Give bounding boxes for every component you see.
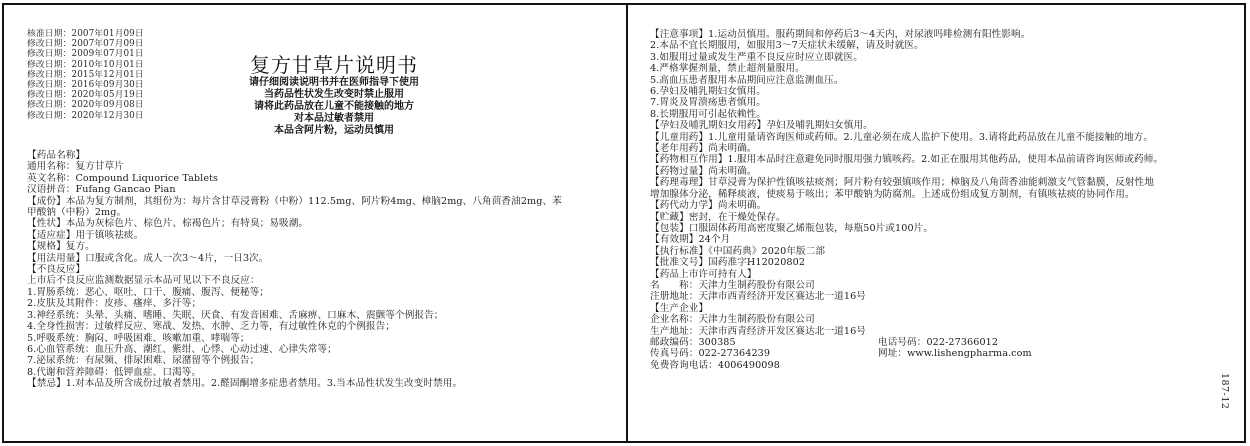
- date-value: 2015年12月01日: [72, 70, 144, 80]
- hotline-label: 免费咨询电话：: [650, 360, 718, 371]
- leaflet-frame: 核准日期：2007年01月09日 修改日期：2007年07月09日 修改日期：2…: [2, 3, 1246, 443]
- section-heading-drug-name: 【药品名称】: [27, 150, 562, 161]
- phone: 022-27366012: [926, 337, 998, 348]
- date-value: 2020年05月19日: [72, 90, 144, 100]
- warning-line: 本品含阿片粉，运动员慎用: [204, 125, 464, 137]
- fax: 022-27364239: [698, 348, 770, 359]
- date-label: 修改日期：: [27, 80, 72, 90]
- manufacturer-name-row: 企业名称：天津力生制药股份有限公司: [650, 314, 1163, 325]
- phone-cell: 电话号码：022-27366012: [878, 337, 998, 348]
- date-value: 2009年07月01日: [72, 49, 144, 59]
- title-block: 复方甘草片说明书 请仔细阅读说明书并在医师指导下使用 当药品性状发生改变时禁止服…: [204, 53, 464, 137]
- postcode: 300385: [698, 337, 735, 348]
- section-heading-license-holder: 【药品上市许可持有人】: [650, 269, 1163, 280]
- generic-name: 通用名称：复方甘草片: [27, 161, 562, 172]
- date-row: 修改日期：2007年07月09日: [27, 39, 144, 49]
- date-value: 2010年10月01日: [72, 60, 144, 70]
- document-title: 复方甘草片说明书: [204, 53, 464, 77]
- pharmacokinetics: 【药代动力学】尚未明确。: [650, 200, 1163, 211]
- right-body-text: 【注意事项】1.运动员慎用。服药期间和停药后3～4天内，对尿液吗啡检测有阳性影响…: [650, 29, 1163, 371]
- date-label: 修改日期：: [27, 100, 72, 110]
- contact-row: 传真号码：022-27364239 网址：www.lishengpharma.c…: [650, 348, 1050, 359]
- composition-cont: 甲酸钠（中粉）2mg。: [27, 207, 562, 218]
- date-row: 修改日期：2009年07月01日: [27, 49, 144, 59]
- holder-address-label: 注册地址：: [650, 291, 698, 302]
- date-label: 修改日期：: [27, 90, 72, 100]
- website-label: 网址：: [878, 348, 907, 359]
- holder-name: 天津力生制药股份有限公司: [698, 280, 814, 291]
- adverse-item: 6.心血管系统：血压升高、潮红、紫绀、心悸、心动过速、心律失常等；: [27, 344, 562, 355]
- hotline-row: 免费咨询电话：4006490098: [650, 360, 1163, 371]
- date-row: 修改日期：2020年09月08日: [27, 100, 144, 110]
- precaution-item: 6.孕妇及哺乳期妇女慎用。: [650, 86, 1163, 97]
- date-row: 修改日期：2016年09月30日: [27, 80, 144, 90]
- postcode-label: 邮政编码：: [650, 337, 698, 348]
- precaution-item: 4.严格掌握剂量，禁止超剂量服用。: [650, 63, 1163, 74]
- precautions: 【注意事项】1.运动员慎用。服药期间和停药后3～4天内，对尿液吗啡检测有阳性影响…: [650, 29, 1163, 40]
- adverse-item: 3.神经系统：头晕、头痛、嗜睡、失眠、厌食、有发音困难、舌麻痹、口麻木、震颤等个…: [27, 310, 562, 321]
- english-name: 英文名称：Compound Liquorice Tablets: [27, 173, 562, 184]
- date-label: 修改日期：: [27, 111, 72, 121]
- drug-interactions: 【药物相互作用】1.服用本品时注意避免同时服用强力镇咳药。2.如正在服用其他药品…: [650, 154, 1163, 165]
- adverse-item: 7.泌尿系统：有尿频、排尿困难、尿潴留等个例报告；: [27, 355, 562, 366]
- fax-label: 传真号码：: [650, 348, 698, 359]
- pharmacology: 【药理毒理】甘草浸膏为保护性镇咳祛痰剂；阿片粉有较强镇咳作用；樟脑及八角茴香油能…: [650, 177, 1163, 188]
- revision-dates: 核准日期：2007年01月09日 修改日期：2007年07月09日 修改日期：2…: [27, 29, 144, 121]
- storage: 【贮藏】密封，在干燥处保存。: [650, 212, 1163, 223]
- adverse-item: 2.皮肤及其附件：皮疹、瘙痒、多汗等；: [27, 298, 562, 309]
- contact-row: 邮政编码：300385 电话号码：022-27366012: [650, 337, 1050, 348]
- contraindications: 【禁忌】1.对本品及所含成份过敏者禁用。2.醛固酮增多症患者禁用。3.当本品性状…: [27, 378, 562, 389]
- date-value: 2007年07月09日: [72, 39, 144, 49]
- adverse-item: 4.全身性损害：过敏样反应、寒战、发热、水肿、乏力等，有过敏性休克的个例报告；: [27, 321, 562, 332]
- adverse-item: 1.胃肠系统：恶心、呕吐、口干、腹痛、腹泻、便秘等；: [27, 287, 562, 298]
- print-code: 187-12: [1219, 373, 1230, 409]
- left-panel: 核准日期：2007年01月09日 修改日期：2007年07月09日 修改日期：2…: [4, 5, 626, 441]
- holder-name-label: 名 称：: [650, 280, 698, 291]
- adverse-item: 5.呼吸系统：胸闷、呼吸困难、咳嗽加重、哮喘等；: [27, 333, 562, 344]
- date-row: 修改日期：2010年10月01日: [27, 60, 144, 70]
- adverse-intro: 上市后不良反应监测数据显示本品可见以下不良反应：: [27, 275, 562, 286]
- standard: 【执行标准】《中国药典》2020年版二部: [650, 246, 1163, 257]
- geriatric-use: 【老年用药】尚未明确。: [650, 143, 1163, 154]
- date-row: 修改日期：2020年12月30日: [27, 111, 144, 121]
- adverse-item: 8.代谢和营养障碍：低钾血症、口渴等。: [27, 367, 562, 378]
- date-label: 修改日期：: [27, 70, 72, 80]
- date-row: 修改日期：2015年12月01日: [27, 70, 144, 80]
- manufacturer-name-label: 企业名称：: [650, 314, 698, 325]
- holder-address-row: 注册地址：天津市西青经济开发区赛达北一道16号: [650, 291, 1163, 302]
- postcode-cell: 邮政编码：300385: [650, 337, 850, 348]
- manufacturer-address-label: 生产地址：: [650, 326, 698, 337]
- pharmacology-cont: 增加腺体分泌，稀释痰液，使痰易于咳出；苯甲酸钠为防腐剂。上述成份组成复方制剂，有…: [650, 189, 1163, 200]
- date-value: 2020年12月30日: [72, 111, 144, 121]
- warning-line: 请仔细阅读说明书并在医师指导下使用: [204, 77, 464, 89]
- precaution-item: 8.长期服用可引起依赖性。: [650, 109, 1163, 120]
- pediatric-use: 【儿童用药】1.儿童用量请咨询医师或药师。2.儿童必须在成人监护下使用。3.请将…: [650, 132, 1163, 143]
- precaution-item: 5.高血压患者服用本品期间应注意监测血压。: [650, 75, 1163, 86]
- precaution-item: 2.本品不宜长期服用，如服用3～7天症状未缓解，请及时就医。: [650, 40, 1163, 51]
- pregnancy-use: 【孕妇及哺乳期妇女用药】孕妇及哺乳期妇女慎用。: [650, 120, 1163, 131]
- date-value: 2016年09月30日: [72, 80, 144, 90]
- warning-line: 当药品性状发生改变时禁止服用: [204, 89, 464, 101]
- section-heading-manufacturer: 【生产企业】: [650, 303, 1163, 314]
- description: 【性状】本品为灰棕色片、棕色片、棕褐色片；有特臭；易吸潮。: [27, 218, 562, 229]
- manufacturer-address: 天津市西青经济开发区赛达北一道16号: [698, 326, 866, 337]
- website-cell: 网址：www.lishengpharma.com: [878, 348, 1032, 359]
- section-heading-adverse-reactions: 【不良反应】: [27, 264, 562, 275]
- holder-address: 天津市西青经济开发区赛达北一道16号: [698, 291, 866, 302]
- left-body-text: 【药品名称】 通用名称：复方甘草片 英文名称：Compound Liquoric…: [27, 150, 562, 390]
- date-label: 修改日期：: [27, 60, 72, 70]
- indications: 【适应症】用于镇咳祛痰。: [27, 230, 562, 241]
- overdose: 【药物过量】尚未明确。: [650, 166, 1163, 177]
- date-label: 修改日期：: [27, 39, 72, 49]
- precaution-item: 7.胃炎及胃溃疡患者慎用。: [650, 97, 1163, 108]
- date-label: 核准日期：: [27, 29, 72, 39]
- manufacturer-name: 天津力生制药股份有限公司: [698, 314, 814, 325]
- holder-name-row: 名 称：天津力生制药股份有限公司: [650, 280, 1163, 291]
- precaution-item: 3.如服用过量或发生严重不良反应时应立即就医。: [650, 52, 1163, 63]
- date-row: 修改日期：2020年05月19日: [27, 90, 144, 100]
- website: www.lishengpharma.com: [907, 348, 1032, 359]
- right-panel: 【注意事项】1.运动员慎用。服药期间和停药后3～4天内，对尿液吗啡检测有阳性影响…: [628, 5, 1244, 441]
- date-value: 2007年01月09日: [72, 29, 144, 39]
- fax-cell: 传真号码：022-27364239: [650, 348, 850, 359]
- contact-grid: 邮政编码：300385 电话号码：022-27366012 传真号码：022-2…: [650, 337, 1163, 371]
- phone-label: 电话号码：: [878, 337, 926, 348]
- date-value: 2020年09月08日: [72, 100, 144, 110]
- warning-line: 对本品过敏者禁用: [204, 113, 464, 125]
- specification: 【规格】复方。: [27, 241, 562, 252]
- shelf-life: 【有效期】24个月: [650, 234, 1163, 245]
- hotline: 4006490098: [718, 360, 780, 371]
- packaging: 【包装】口服固体药用高密度聚乙烯瓶包装，每瓶50片或100片。: [650, 223, 1163, 234]
- dosage: 【用法用量】口服或含化。成人一次3～4片，一日3次。: [27, 253, 562, 264]
- approval-number: 【批准文号】国药准字H12020802: [650, 257, 1163, 268]
- date-label: 修改日期：: [27, 49, 72, 59]
- warning-line: 请将此药品放在儿童不能接触的地方: [204, 101, 464, 113]
- date-row: 核准日期：2007年01月09日: [27, 29, 144, 39]
- composition: 【成份】本品为复方制剂，其组份为：每片含甘草浸膏粉（中粉）112.5mg、阿片粉…: [27, 196, 562, 207]
- manufacturer-address-row: 生产地址：天津市西青经济开发区赛达北一道16号: [650, 326, 1163, 337]
- pinyin-name: 汉语拼音：Fufang Gancao Pian: [27, 184, 562, 195]
